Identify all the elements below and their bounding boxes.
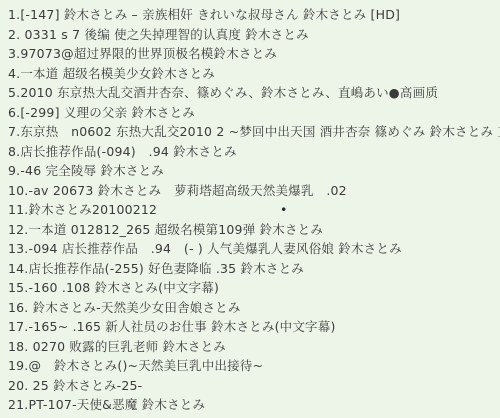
list-item-text: 11.鈴木さとみ20100212 (8, 200, 157, 220)
list-item-text: 20. 25 鈴木さとみ-25- (8, 376, 142, 396)
list-item-text: 10.-av 20673 鈴木さとみ 萝莉塔超高级天然美爆乳 .02 (8, 181, 347, 201)
list-item: 4.一本道 超级名模美少女鈴木さとみ (8, 64, 500, 84)
list-item: 18. 0270 败露的巨乳老师 鈴木さとみ (8, 337, 500, 357)
list-item: 5.2010 东京热大乱交酒井杏奈、篠めぐみ、鈴木さとみ、直嶋あい●高画质 (8, 83, 500, 103)
bullet-dot: • (280, 200, 288, 220)
list-item: 14.店长推荐作品(-255) 好色妻降临 .35 鈴木さとみ (8, 259, 500, 279)
list-item: 20. 25 鈴木さとみ-25- (8, 376, 500, 396)
list-item-text: 14.店长推荐作品(-255) 好色妻降临 .35 鈴木さとみ (8, 259, 304, 279)
list-item: 6.[-299] 义理の父亲 鈴木さとみ (8, 103, 500, 123)
list-item: 13.-094 店长推荐作品 .94 (- ) 人气美爆乳人妻风俗娘 鈴木さとみ (8, 239, 500, 259)
list-item: 16. 鈴木さとみ-天然美少女田舎娘さとみ (8, 298, 500, 318)
list-item: 3.97073@超过界限的世界顶极名模鈴木さとみ (8, 44, 500, 64)
list-item: 7.东京热 n0602 东热大乱交2010 2 ~梦回中出天国 酒井杏奈 篠めぐ… (8, 122, 500, 142)
list-item: 12.一本道 012812_265 超级名模第109弹 鈴木さとみ (8, 220, 500, 240)
list-item: 10.-av 20673 鈴木さとみ 萝莉塔超高级天然美爆乳 .02 (8, 181, 500, 201)
list-item-text: 4.一本道 超级名模美少女鈴木さとみ (8, 64, 215, 84)
list-item-text: 12.一本道 012812_265 超级名模第109弹 鈴木さとみ (8, 220, 323, 240)
list-item-text: 17.-165~ .165 新人社员のお仕事 鈴木さとみ(中文字幕) (8, 317, 336, 337)
list-item-text: 7.东京热 n0602 东热大乱交2010 2 ~梦回中出天国 酒井杏奈 篠めぐ… (8, 122, 500, 142)
list-item-text: 6.[-299] 义理の父亲 鈴木さとみ (8, 103, 195, 123)
list-item-text: 8.店长推荐作品(-094) .94 鈴木さとみ (8, 142, 237, 162)
list-item-text: 2. 0331 s 7 後编 使之失掉理智的认真度 鈴木さとみ (8, 25, 309, 45)
list-item: 11.鈴木さとみ20100212 • (8, 200, 500, 220)
list-item: 2. 0331 s 7 後编 使之失掉理智的认真度 鈴木さとみ (8, 25, 500, 45)
list-item-text: 13.-094 店长推荐作品 .94 (- ) 人气美爆乳人妻风俗娘 鈴木さとみ (8, 239, 402, 259)
list-item: 9.-46 完全陵辱 鈴木さとみ (8, 161, 500, 181)
list-item-text: 15.-160 .108 鈴木さとみ(中文字幕) (8, 278, 219, 298)
result-list: 1.[-147] 鈴木さとみ – 亲族相奸 きれいな叔母さん 鈴木さとみ [HD… (0, 0, 500, 415)
list-item: 17.-165~ .165 新人社员のお仕事 鈴木さとみ(中文字幕) (8, 317, 500, 337)
list-item: 1.[-147] 鈴木さとみ – 亲族相奸 きれいな叔母さん 鈴木さとみ [HD… (8, 5, 500, 25)
list-item: 21.PT-107-天使&恶魔 鈴木さとみ (8, 395, 500, 415)
list-item-text: 21.PT-107-天使&恶魔 鈴木さとみ (8, 395, 205, 415)
list-item-text: 3.97073@超过界限的世界顶极名模鈴木さとみ (8, 44, 277, 64)
list-item: 19.@ 鈴木さとみ()~天然美巨乳中出接待~ (8, 356, 500, 376)
list-item-text: 19.@ 鈴木さとみ()~天然美巨乳中出接待~ (8, 356, 263, 376)
list-item-text: 9.-46 完全陵辱 鈴木さとみ (8, 161, 164, 181)
list-item-text: 5.2010 东京热大乱交酒井杏奈、篠めぐみ、鈴木さとみ、直嶋あい●高画质 (8, 83, 438, 103)
list-item: 15.-160 .108 鈴木さとみ(中文字幕) (8, 278, 500, 298)
list-item-text: 1.[-147] 鈴木さとみ – 亲族相奸 きれいな叔母さん 鈴木さとみ [HD… (8, 5, 400, 25)
list-item-text: 18. 0270 败露的巨乳老师 鈴木さとみ (8, 337, 226, 357)
list-item: 8.店长推荐作品(-094) .94 鈴木さとみ (8, 142, 500, 162)
list-item-text: 16. 鈴木さとみ-天然美少女田舎娘さとみ (8, 298, 241, 318)
